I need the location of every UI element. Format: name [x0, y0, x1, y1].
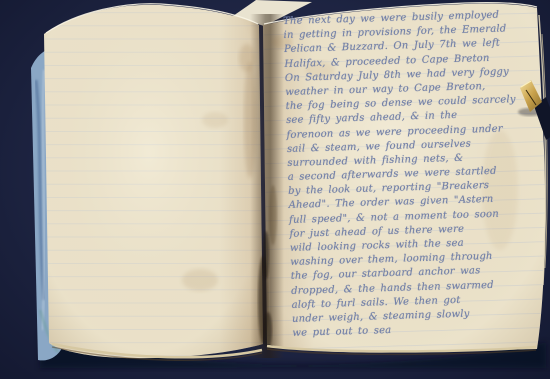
stain [182, 269, 218, 291]
stain [202, 112, 228, 128]
stain [244, 62, 256, 178]
handwriting-text: The next day we were busily employed in … [283, 7, 550, 341]
photo-open-journal: The next day we were busily employed in … [0, 0, 550, 379]
left-page-gutter-warmth [44, 5, 263, 358]
stain [264, 312, 272, 348]
stain [263, 231, 269, 279]
stain [239, 44, 255, 72]
stain [269, 185, 277, 245]
